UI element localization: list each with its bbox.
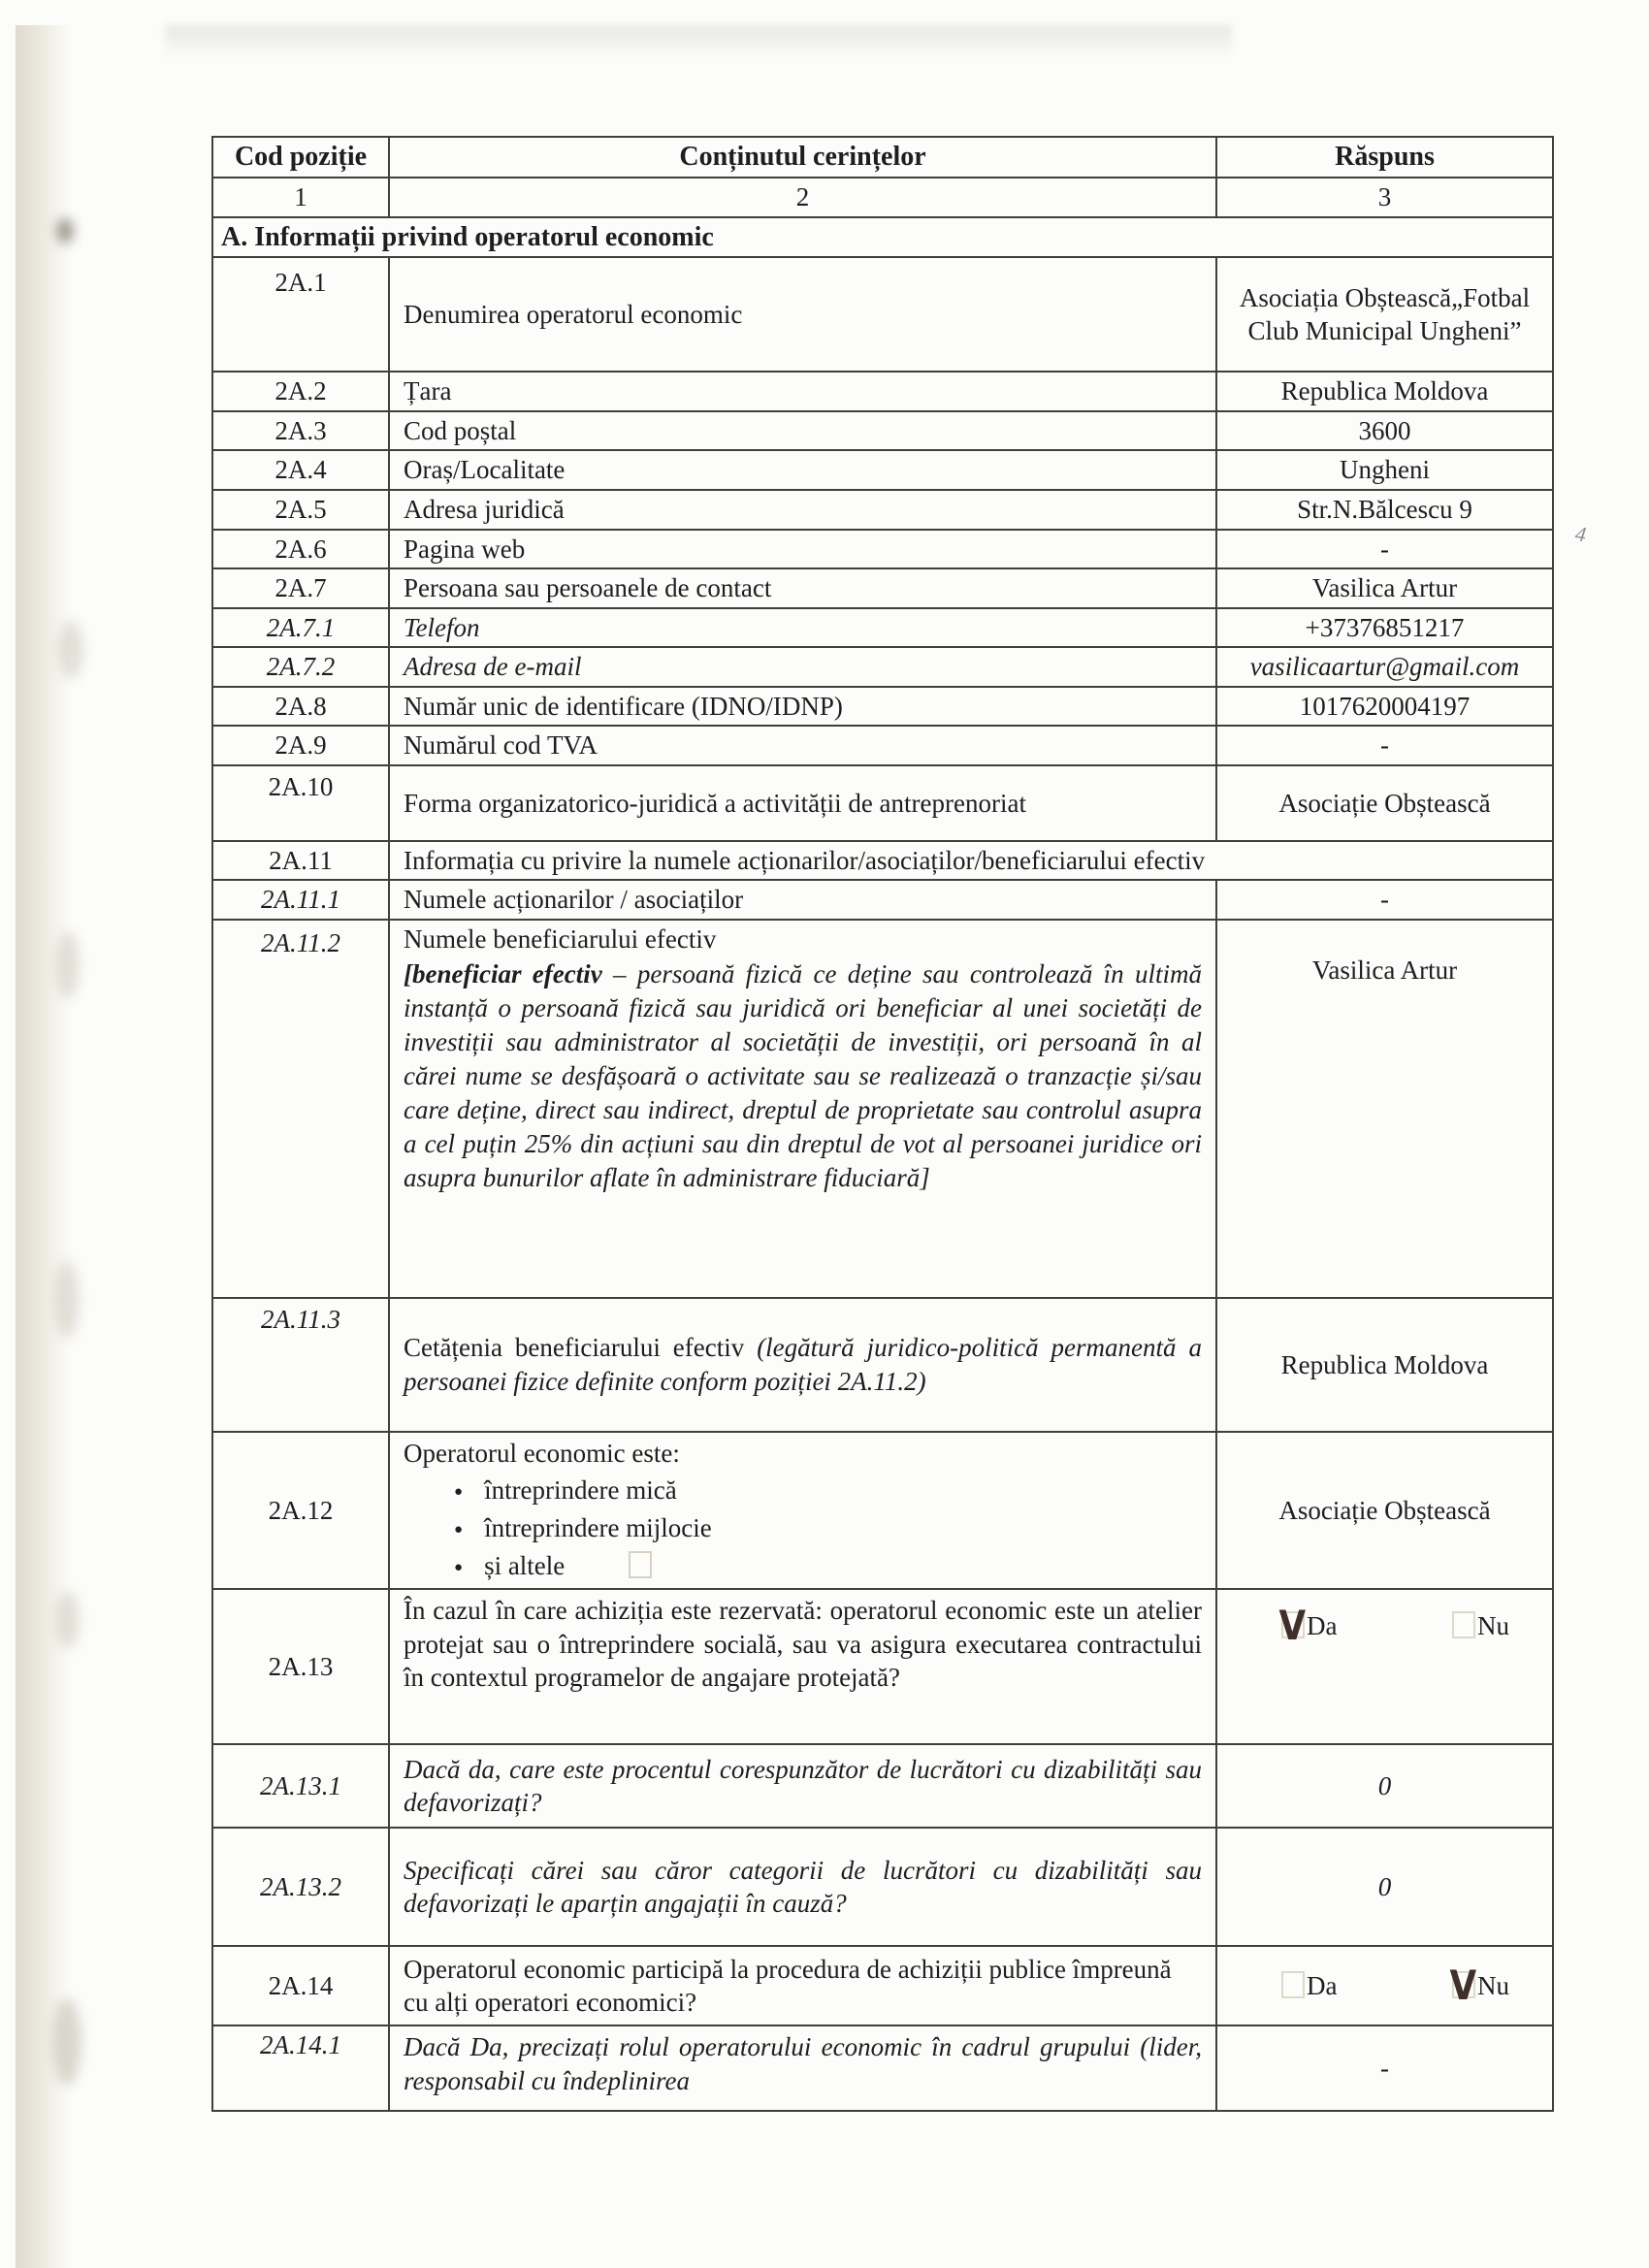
checkmark-icon: V: [1449, 1960, 1476, 2012]
code-cell: 2A.10: [212, 765, 389, 841]
requirement-cell: Pagina web: [389, 530, 1216, 569]
code-cell: 2A.14: [212, 1946, 389, 2025]
table-row: 2A.4 Oraș/Localitate Ungheni: [212, 450, 1553, 490]
answer-text: Vasilica Artur: [1223, 954, 1546, 988]
answer-cell: Asociația Obștească„Fotbal Club Municipa…: [1216, 257, 1553, 372]
scan-blob: [56, 1591, 80, 1649]
requirement-title: Operatorul economic este:: [404, 1437, 1202, 1471]
answer-cell: +37376851217: [1216, 608, 1553, 648]
table-header-row: Cod poziție Conținutul cerințelor Răspun…: [212, 137, 1553, 178]
yes-option: VDa: [1281, 1609, 1337, 1643]
table-row: 2A.12 Operatorul economic este: întrepri…: [212, 1432, 1553, 1589]
code-cell: 2A.13: [212, 1589, 389, 1744]
answer-cell: VDa Nu: [1216, 1589, 1553, 1744]
table-row: 2A.1 Denumirea operatorul economic Asoci…: [212, 257, 1553, 372]
requirement-cell: Specificați cărei sau căror categorii de…: [389, 1828, 1216, 1946]
scan-smudge: [165, 25, 1232, 58]
enterprise-type-list: întreprindere mică întreprindere mijloci…: [454, 1474, 1202, 1582]
answer-cell: Republica Moldova: [1216, 1298, 1553, 1432]
table-row: 2A.14.1 Dacă Da, precizați rolul operato…: [212, 2025, 1553, 2111]
table-row: 2A.7.2 Adresa de e-mail vasilicaartur@gm…: [212, 647, 1553, 687]
yes-no-choice: VDa Nu: [1223, 1592, 1546, 1643]
answer-cell: -: [1216, 530, 1553, 569]
code-cell: 2A.2: [212, 372, 389, 411]
requirement-cell: Informația cu privire la numele acționar…: [389, 841, 1553, 881]
no-option: Nu: [1452, 1609, 1509, 1643]
col-number: 2: [389, 178, 1216, 217]
code-cell: 2A.11.3: [212, 1298, 389, 1432]
answer-cell: Asociație Obștească: [1216, 1432, 1553, 1589]
note-lead: [beneficiar efectiv: [404, 959, 602, 988]
col-number: 1: [212, 178, 389, 217]
checkmark-icon: V: [1278, 1600, 1306, 1652]
requirement-cell: Forma organizatorico-juridică a activită…: [389, 765, 1216, 841]
table-row: 2A.13.1 Dacă da, care este procentul cor…: [212, 1744, 1553, 1828]
code-cell: 2A.3: [212, 411, 389, 451]
beneficiary-definition-note: [beneficiar efectiv – persoană fizică ce…: [404, 957, 1202, 1195]
answer-cell: vasilicaartur@gmail.com: [1216, 647, 1553, 687]
code-cell: 2A.11.2: [212, 920, 389, 1298]
requirement-cell: Operatorul economic participă la procedu…: [389, 1946, 1216, 2025]
scan-edge-strip: [16, 25, 72, 2268]
answer-cell: -: [1216, 726, 1553, 765]
header-raspuns: Răspuns: [1216, 137, 1553, 178]
table-row: 2A.9 Numărul cod TVA -: [212, 726, 1553, 765]
answer-cell: Ungheni: [1216, 450, 1553, 490]
list-item: întreprindere mijlocie: [454, 1511, 1202, 1545]
table-row: 2A.8 Număr unic de identificare (IDNO/ID…: [212, 687, 1553, 727]
scan-blob: [56, 931, 80, 999]
checkbox-checked-icon: V: [1452, 1971, 1475, 1998]
code-cell: 2A.1: [212, 257, 389, 372]
answer-cell: 0: [1216, 1744, 1553, 1828]
requirement-cell: Numele beneficiarului efectiv [beneficia…: [389, 920, 1216, 1298]
requirement-cell: Operatorul economic este: întreprindere …: [389, 1432, 1216, 1589]
section-a-header-row: A. Informații privind operatorul economi…: [212, 217, 1553, 258]
list-item: întreprindere mică: [454, 1474, 1202, 1507]
code-cell: 2A.11: [212, 841, 389, 881]
requirement-text: Cetățenia beneficiarului efectiv: [404, 1333, 757, 1362]
requirement-cell: În cazul în care achiziția este rezervat…: [389, 1589, 1216, 1744]
table-row: 2A.7 Persoana sau persoanele de contact …: [212, 568, 1553, 608]
pen-stray-mark: 4: [1573, 521, 1588, 547]
table-row: 2A.11.3 Cetățenia beneficiarului efectiv…: [212, 1298, 1553, 1432]
yes-no-choice: Da VNu: [1223, 1969, 1546, 2003]
requirement-title: Numele beneficiarului efectiv: [404, 923, 1202, 956]
table-row: 2A.2 Țara Republica Moldova: [212, 372, 1553, 411]
code-cell: 2A.6: [212, 530, 389, 569]
requirement-cell: Țara: [389, 372, 1216, 411]
scan-blob: [54, 1261, 80, 1339]
answer-cell: Vasilica Artur: [1216, 568, 1553, 608]
answer-cell: 1017620004197: [1216, 687, 1553, 727]
code-cell: 2A.8: [212, 687, 389, 727]
yes-option: Da: [1281, 1969, 1337, 2003]
requirement-cell: Adresa juridică: [389, 490, 1216, 530]
col-number: 3: [1216, 178, 1553, 217]
code-cell: 2A.7.2: [212, 647, 389, 687]
requirement-cell: Numele acționarilor / asociaților: [389, 880, 1216, 920]
requirement-cell: Persoana sau persoanele de contact: [389, 568, 1216, 608]
table-row: 2A.6 Pagina web -: [212, 530, 1553, 569]
answer-cell: Asociație Obștească: [1216, 765, 1553, 841]
code-cell: 2A.12: [212, 1432, 389, 1589]
requirement-cell: Dacă Da, precizați rolul operatorului ec…: [389, 2025, 1216, 2111]
answer-cell: Da VNu: [1216, 1946, 1553, 2025]
requirement-cell: Cod poștal: [389, 411, 1216, 451]
header-cod-pozitie: Cod poziție: [212, 137, 389, 178]
answer-cell: Str.N.Bălcescu 9: [1216, 490, 1553, 530]
table-row: 2A.5 Adresa juridică Str.N.Bălcescu 9: [212, 490, 1553, 530]
table-row: 2A.14 Operatorul economic participă la p…: [212, 1946, 1553, 2025]
requirement-cell: Denumirea operatorul economic: [389, 257, 1216, 372]
table-row: 2A.11.1 Numele acționarilor / asociațilo…: [212, 880, 1553, 920]
column-number-row: 1 2 3: [212, 178, 1553, 217]
checkbox-checked-icon: V: [1281, 1611, 1305, 1638]
code-cell: 2A.13.1: [212, 1744, 389, 1828]
table-row: 2A.11 Informația cu privire la numele ac…: [212, 841, 1553, 881]
code-cell: 2A.7.1: [212, 608, 389, 648]
requirement-cell: Cetățenia beneficiarului efectiv (legătu…: [389, 1298, 1216, 1432]
table-row: 2A.7.1 Telefon +37376851217: [212, 608, 1553, 648]
requirement-cell: Telefon: [389, 608, 1216, 648]
table-row: 2A.10 Forma organizatorico-juridică a ac…: [212, 765, 1553, 841]
requirement-cell: Număr unic de identificare (IDNO/IDNP): [389, 687, 1216, 727]
code-cell: 2A.4: [212, 450, 389, 490]
section-a-title: A. Informații privind operatorul economi…: [212, 217, 1553, 258]
table-row: 2A.3 Cod poștal 3600: [212, 411, 1553, 451]
code-cell: 2A.7: [212, 568, 389, 608]
answer-cell: 3600: [1216, 411, 1553, 451]
checkbox-unchecked-icon: [629, 1551, 652, 1578]
table-row: 2A.13.2 Specificați cărei sau căror cate…: [212, 1828, 1553, 1946]
answer-cell: 0: [1216, 1828, 1553, 1946]
answer-cell: -: [1216, 2025, 1553, 2111]
answer-cell: -: [1216, 880, 1553, 920]
table-row: 2A.11.2 Numele beneficiarului efectiv [b…: [212, 920, 1553, 1298]
code-cell: 2A.14.1: [212, 2025, 389, 2111]
code-cell: 2A.11.1: [212, 880, 389, 920]
code-cell: 2A.5: [212, 490, 389, 530]
requirement-cell: Adresa de e-mail: [389, 647, 1216, 687]
note-body: – persoană fizică ce deține sau controle…: [404, 959, 1202, 1192]
code-cell: 2A.9: [212, 726, 389, 765]
header-continutul-cerintelor: Conținutul cerințelor: [389, 137, 1216, 178]
scan-blob: [56, 218, 74, 243]
requirement-cell: Dacă da, care este procentul corespunzăt…: [389, 1744, 1216, 1828]
code-cell: 2A.13.2: [212, 1828, 389, 1946]
requirement-cell: Numărul cod TVA: [389, 726, 1216, 765]
requirement-cell: Oraș/Localitate: [389, 450, 1216, 490]
answer-cell: Republica Moldova: [1216, 372, 1553, 411]
procurement-form-table: Cod poziție Conținutul cerințelor Răspun…: [211, 136, 1554, 2112]
scan-blob: [58, 621, 83, 679]
checkbox-unchecked-icon: [1281, 1971, 1305, 1998]
table-row: 2A.13 În cazul în care achiziția este re…: [212, 1589, 1553, 1744]
list-item: și altele: [454, 1549, 1202, 1583]
checkbox-unchecked-icon: [1452, 1611, 1475, 1638]
no-option: VNu: [1452, 1969, 1509, 2003]
answer-cell: Vasilica Artur: [1216, 920, 1553, 1298]
scan-blob: [52, 1998, 81, 2086]
